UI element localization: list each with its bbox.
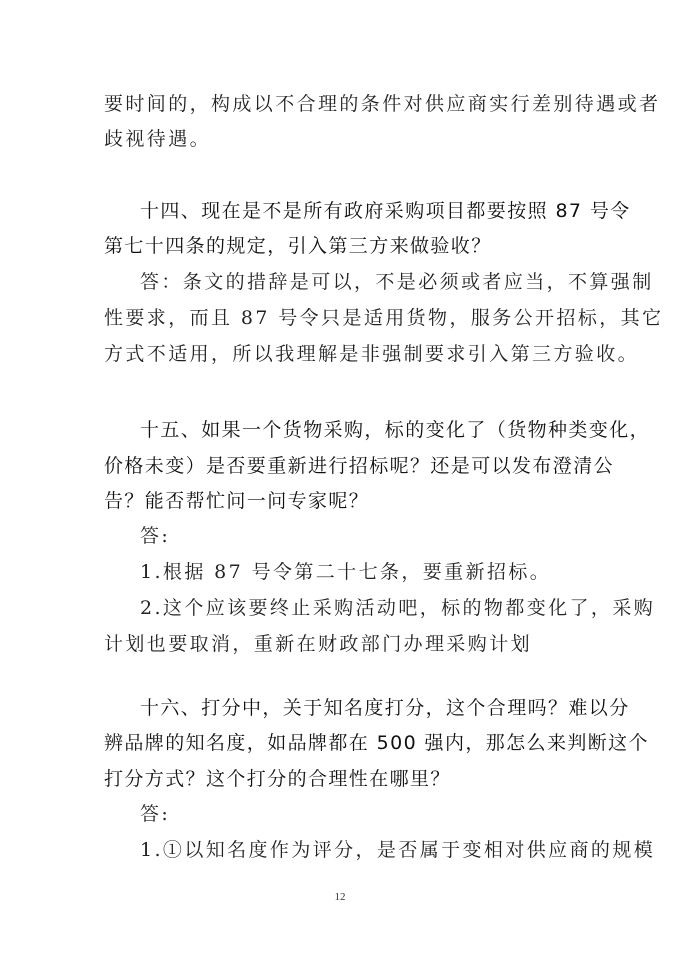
section-15-answer-label: 答:: [140, 524, 640, 548]
section-15-answer-line-3: 计划也要取消，重新在财政部门办理采购计划: [104, 632, 604, 656]
continuation-line-2: 歧视待遇。: [104, 127, 604, 151]
document-page: 要时间的，构成以不合理的条件对供应商实行差别待遇或者 歧视待遇。 十四、现在是不…: [0, 0, 680, 962]
section-15-answer-line-2: 2.这个应该要终止采购活动吧，标的物都变化了，采购: [140, 596, 640, 620]
page-number: 12: [0, 891, 680, 903]
section-16-answer-line-1: 1.①以知名度作为评分，是否属于变相对供应商的规模: [140, 838, 640, 862]
section-16-question-line-3: 打分方式？这个打分的合理性在哪里？: [104, 767, 604, 791]
section-16-question-line-1: 十六、打分中，关于知名度打分，这个合理吗？难以分: [140, 696, 640, 720]
continuation-line-1: 要时间的，构成以不合理的条件对供应商实行差别待遇或者: [104, 92, 604, 116]
section-15-question-line-3: 告？能否帮忙问一问专家呢？: [104, 489, 604, 513]
section-16-question-line-2: 辨品牌的知名度，如品牌都在 500 强内，那怎么来判断这个: [104, 731, 604, 755]
section-15-question-line-1: 十五、如果一个货物采购，标的变化了（货物种类变化，: [140, 418, 640, 442]
section-15-answer-line-1: 1.根据 87 号令第二十七条，要重新招标。: [140, 560, 640, 584]
section-14-answer-line-3: 方式不适用，所以我理解是非强制要求引入第三方验收。: [104, 342, 604, 366]
section-14-answer-line-2: 性要求，而且 87 号令只是适用货物，服务公开招标，其它: [104, 306, 604, 330]
section-16-answer-label: 答:: [140, 802, 640, 826]
section-15-question-line-2: 价格未变）是否要重新进行招标呢？还是可以发布澄清公: [104, 454, 604, 478]
section-14-question-line-2: 第七十四条的规定，引入第三方来做验收？: [104, 234, 604, 258]
section-14-question-line-1: 十四、现在是不是所有政府采购项目都要按照 87 号令: [140, 199, 640, 223]
section-14-answer-line-1: 答：条文的措辞是可以，不是必须或者应当，不算强制: [140, 270, 640, 294]
